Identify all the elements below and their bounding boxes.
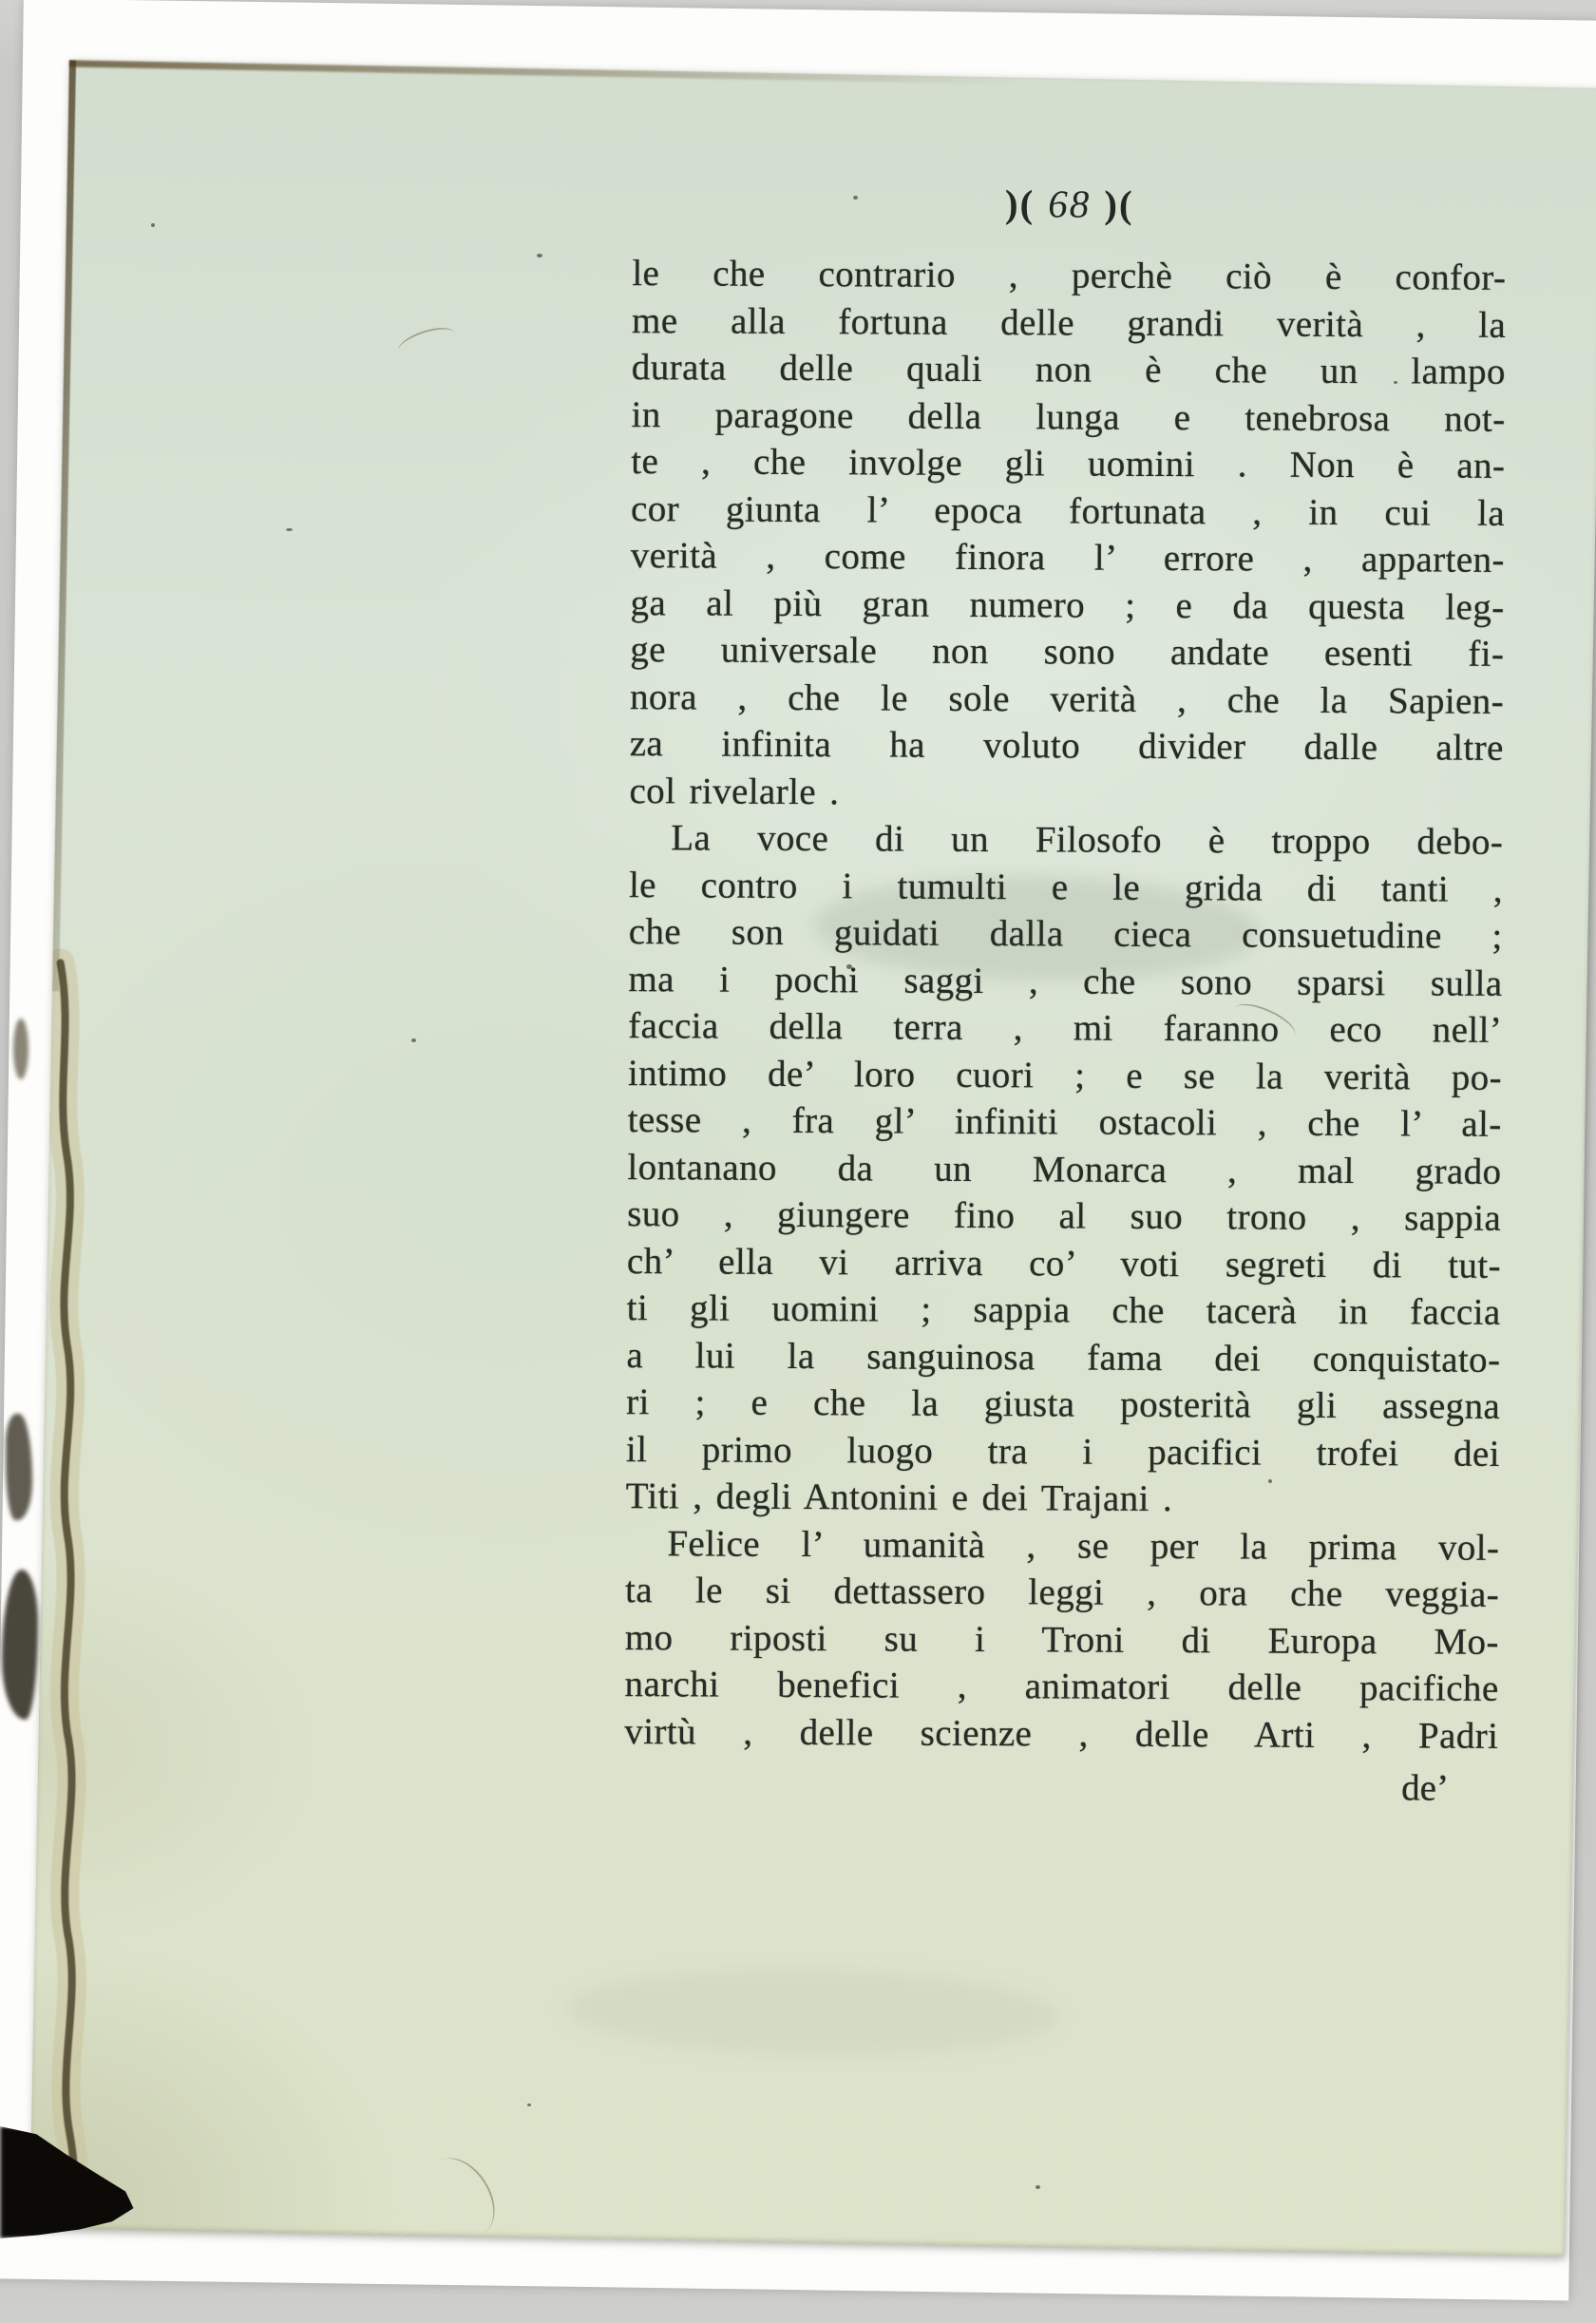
text-line: a lui la sanguinosa fama dei conquistato… [626, 1332, 1500, 1383]
text-line: verità , come finora l’ errore , apparte… [631, 532, 1505, 583]
scanned-book-page: )(68)( le che contrario , perchè ciò è c… [0, 0, 1596, 2323]
text-line: ri ; e che la giusta posterità gli asseg… [626, 1379, 1500, 1430]
text-line: intimo de’ loro cuori ; e se la verità p… [628, 1050, 1502, 1101]
text-line: le contro i tumulti e le grida di tanti … [629, 862, 1503, 913]
edge-dark-mark [13, 1019, 28, 1079]
paper-speck [151, 223, 155, 227]
text-line: suo , giungere fino al suo trono , sappi… [627, 1190, 1501, 1242]
text-line: lontanano da un Monarca , mal grado [627, 1144, 1501, 1195]
text-line: ge universale non sono andate esenti fi- [630, 626, 1504, 677]
text-line: che son guidati dalla cieca consuetudine… [629, 908, 1503, 960]
text-line: in paragone della lunga e tenebrosa not- [631, 391, 1505, 443]
text-line: durata delle quali non è che un lampo [632, 344, 1506, 395]
text-line: ma i pochi saggi , che sono sparsi sulla [628, 956, 1502, 1007]
text-line: za infinita ha voluto divider dalle altr… [630, 720, 1504, 771]
text-line: virtù , delle scienze , delle Arti , Pad… [624, 1708, 1498, 1760]
paper-speck [1035, 2185, 1040, 2189]
text-line: ti gli uomini ; sappia che tacerà in fac… [627, 1285, 1501, 1336]
book-page: )(68)( le che contrario , perchè ciò è c… [29, 60, 1596, 2256]
text-line: mo riposti su i Troni di Europa Mo- [625, 1614, 1499, 1666]
text-line: me alla fortuna delle grandi verità , la [632, 297, 1506, 349]
text-line: faccia della terra , mi faranno eco nell… [628, 1002, 1502, 1054]
page-text: le che contrario , perchè ciò è confor-m… [624, 250, 1506, 1760]
text-column: )(68)( le che contrario , perchè ciò è c… [624, 178, 1507, 1812]
text-line: ta le si dettassero leggi , ora che vegg… [625, 1567, 1499, 1618]
header-left-mark: )( [1005, 181, 1035, 225]
catchword: de’ [624, 1761, 1498, 1812]
page-header: )(68)( [633, 178, 1507, 230]
text-line: ch’ ella vi arriva co’ voti segreti di t… [627, 1238, 1501, 1289]
paper-speck [1268, 1479, 1272, 1483]
paper-speck [411, 1038, 416, 1042]
text-line: La voce di un Filosofo è troppo debo- [629, 814, 1503, 866]
text-line: nora , che le sole verità , che la Sapie… [630, 674, 1504, 725]
paper-speck [1394, 381, 1397, 384]
text-line: il primo luogo tra i pacifici trofei dei [626, 1426, 1500, 1477]
text-line: cor giunta l’ epoca fortunata , in cui l… [631, 486, 1505, 537]
paper-speck [846, 964, 852, 969]
text-line: te , che involge gli uomini . Non è an- [631, 438, 1505, 489]
header-right-mark: )( [1104, 182, 1134, 226]
paper-stain [565, 1965, 1061, 2060]
text-line: ga al più gran numero ; e da questa leg- [630, 580, 1504, 631]
text-line: Felice l’ umanità , se per la prima vol- [625, 1520, 1499, 1571]
paper-speck [286, 528, 293, 531]
text-line: le che contrario , perchè ciò è confor- [632, 250, 1506, 301]
paper-speck [537, 254, 542, 257]
page-number: 68 [1035, 181, 1104, 225]
text-line: col rivelarle . [629, 768, 1503, 819]
paper-speck [853, 196, 858, 200]
text-line: tesse , fra gl’ infiniti ostacoli , che … [628, 1096, 1502, 1148]
paper-speck [527, 2104, 531, 2106]
text-line: Titi , degli Antonini e dei Trajani . [626, 1473, 1500, 1524]
text-line: narchi benefici , animatori delle pacifi… [624, 1661, 1498, 1712]
